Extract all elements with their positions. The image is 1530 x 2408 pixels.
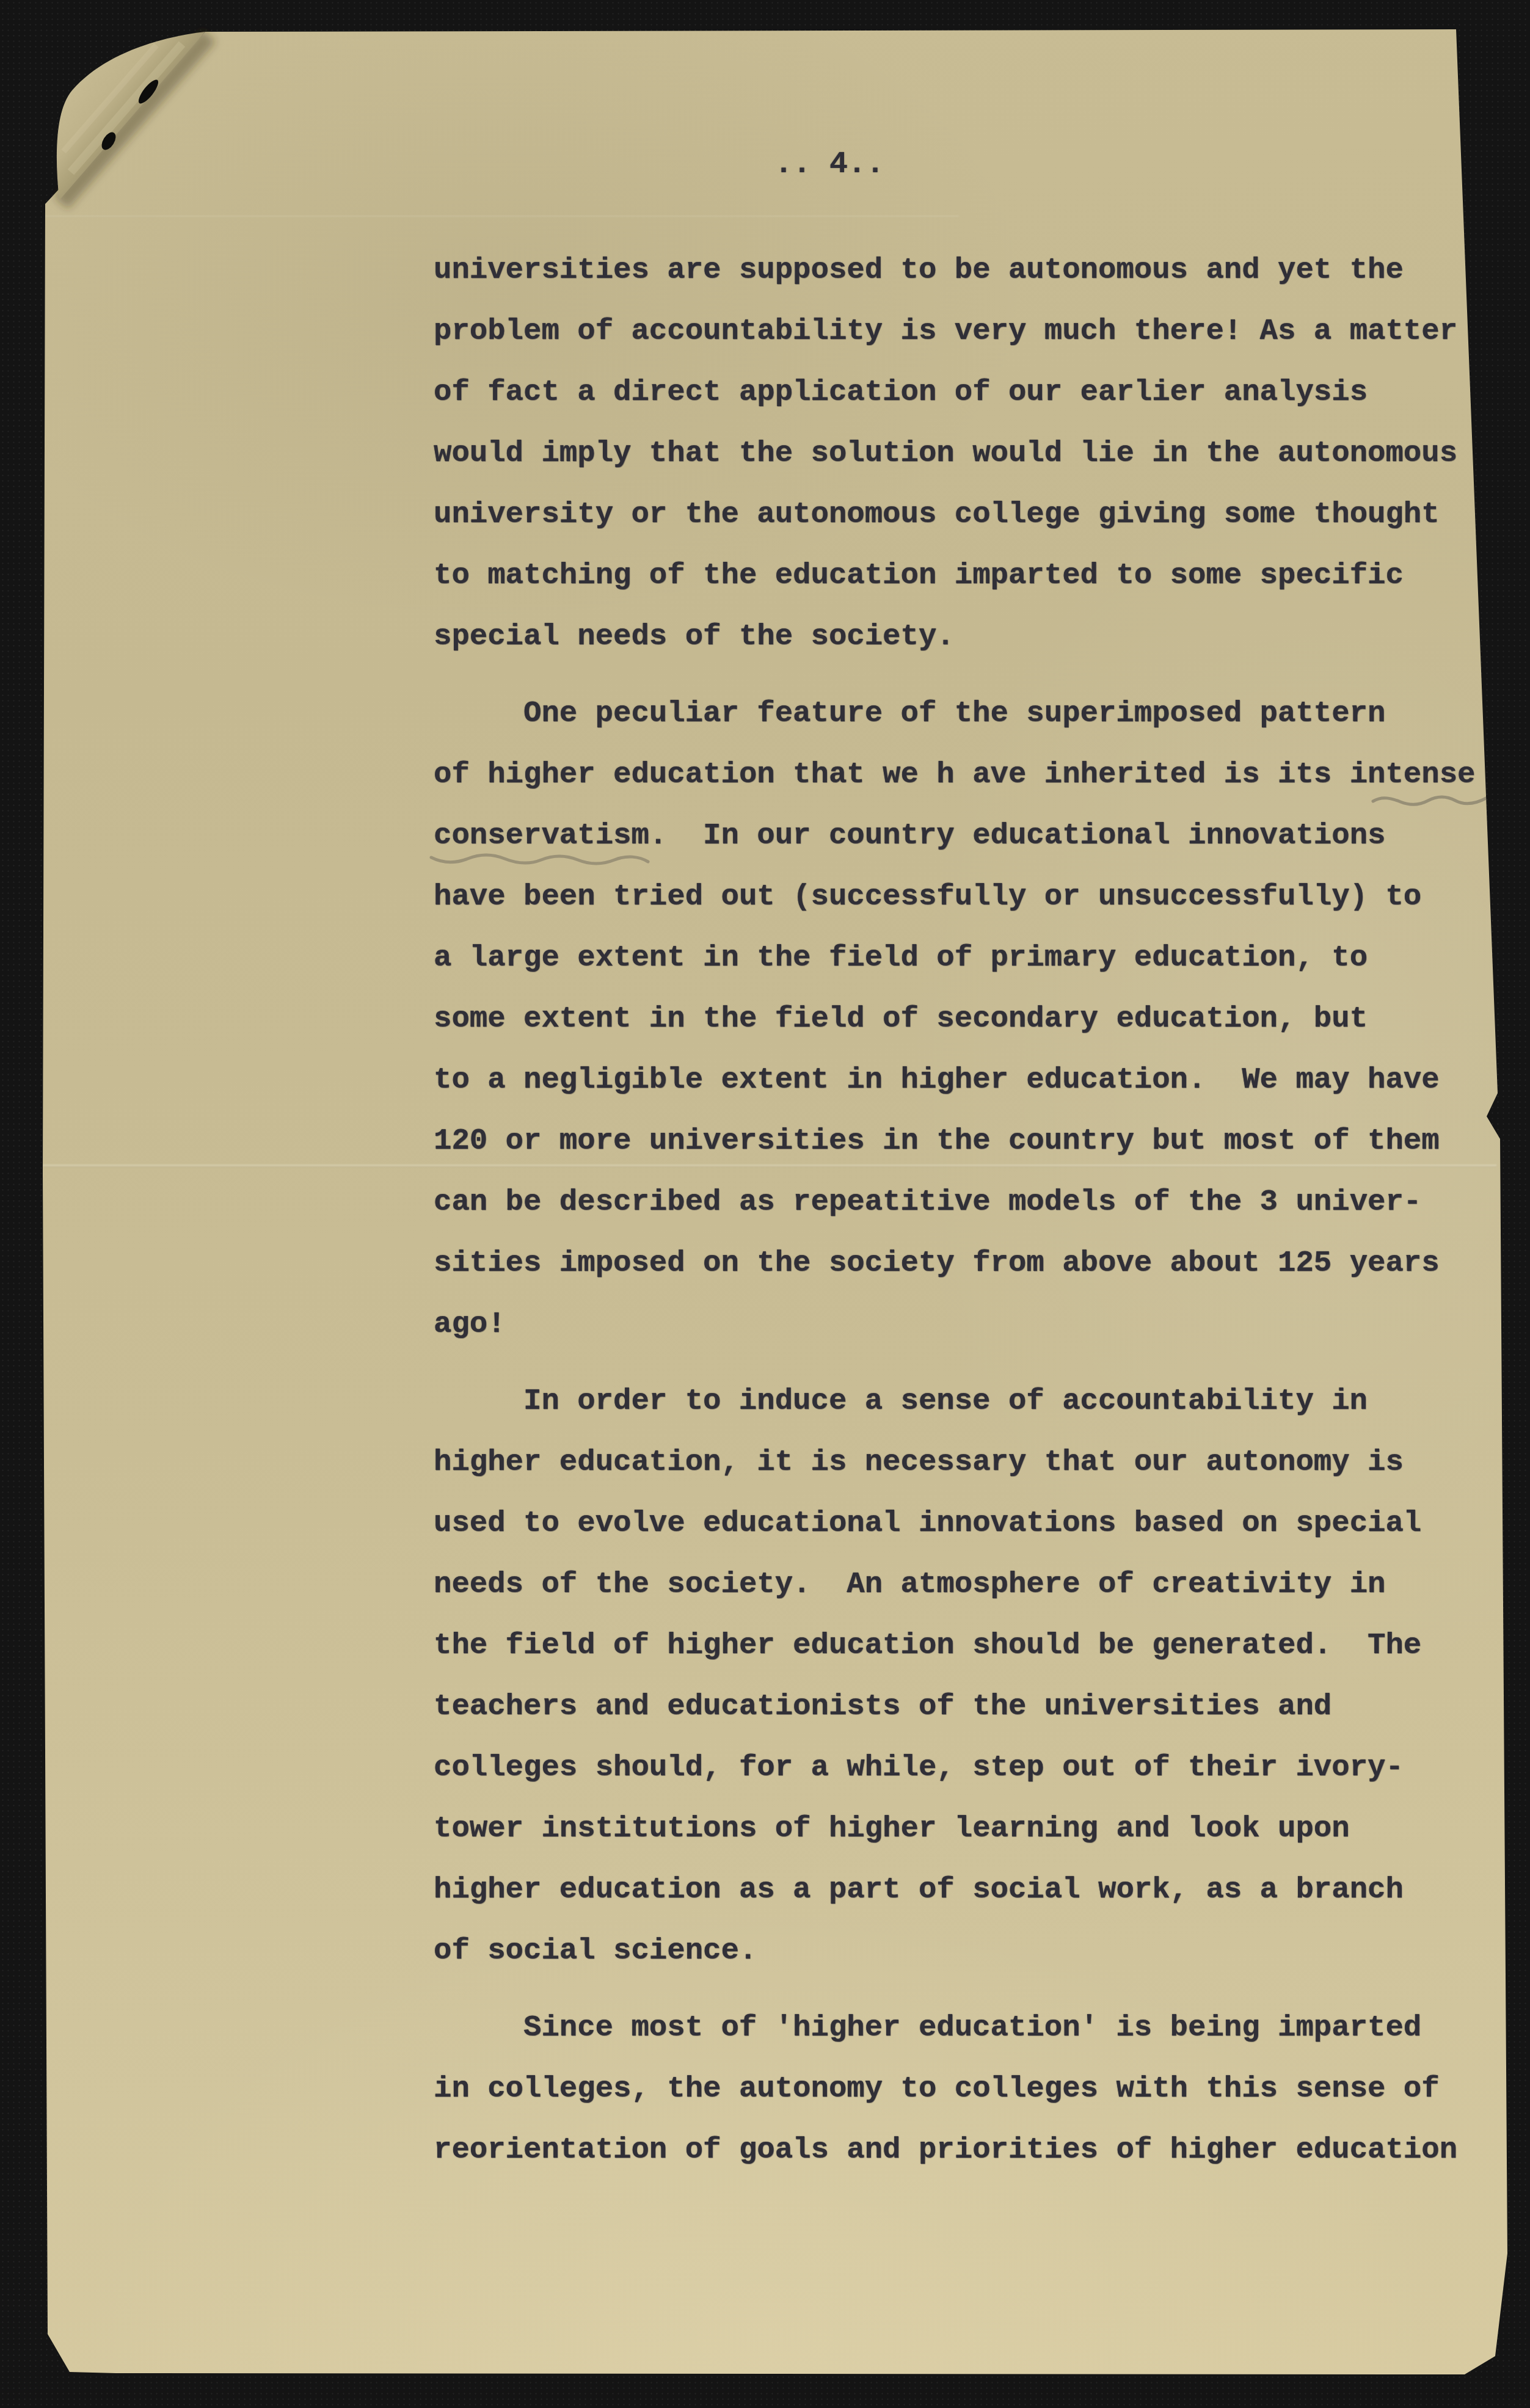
typewritten-line: Since most of 'higher education' is bein… (434, 1997, 1509, 2058)
document-page: .. 4.. universities are supposed to be a… (0, 0, 1530, 2408)
paragraph: In order to induce a sense of accountabi… (434, 1370, 1509, 1981)
typewritten-line: higher education as a part of social wor… (434, 1859, 1509, 1920)
typewritten-line: of social science. (434, 1920, 1509, 1981)
typewritten-line: sities imposed on the society from above… (434, 1232, 1509, 1293)
typewritten-line: reorientation of goals and priorities of… (434, 2119, 1509, 2180)
typewritten-line: 120 or more universities in the country … (434, 1110, 1509, 1171)
typewritten-line: One peculiar feature of the superimposed… (434, 683, 1509, 744)
typewritten-line: higher education, it is necessary that o… (434, 1431, 1509, 1493)
typewritten-line: in colleges, the autonomy to colleges wi… (434, 2058, 1509, 2119)
page-number: .. 4.. (774, 147, 884, 183)
paragraph: Since most of 'higher education' is bein… (434, 1997, 1509, 2180)
typewritten-line: ago! (434, 1293, 1509, 1355)
faint-crease (43, 215, 959, 217)
typewritten-line: teachers and educationists of the univer… (434, 1676, 1509, 1737)
typewritten-line: conservatism. In our country educational… (434, 805, 1509, 866)
typewritten-line: tower institutions of higher learning an… (434, 1798, 1509, 1859)
typewritten-line: special needs of the society. (434, 606, 1509, 667)
typewritten-line: needs of the society. An atmosphere of c… (434, 1554, 1509, 1615)
typewritten-line: would imply that the solution would lie … (434, 423, 1509, 484)
typewritten-line: can be described as repeatitive models o… (434, 1171, 1509, 1232)
typewritten-line: In order to induce a sense of accountabi… (434, 1370, 1509, 1431)
typewritten-line: a large extent in the field of primary e… (434, 927, 1509, 988)
typewritten-line: problem of accountability is very much t… (434, 300, 1509, 362)
typewritten-line: to a negligible extent in higher educati… (434, 1049, 1509, 1110)
typewritten-line: universities are supposed to be autonomo… (434, 239, 1509, 300)
typewritten-line: have been tried out (successfully or uns… (434, 866, 1509, 927)
typewritten-line: of higher education that we h ave inheri… (434, 744, 1509, 805)
typewritten-line: university or the autonomous college giv… (434, 484, 1509, 545)
scanner-background: .. 4.. universities are supposed to be a… (0, 0, 1530, 2408)
typewritten-line: some extent in the field of secondary ed… (434, 988, 1509, 1049)
typewritten-line: of fact a direct application of our earl… (434, 362, 1509, 423)
typewritten-line: used to evolve educational innovations b… (434, 1493, 1509, 1554)
document-body: universities are supposed to be autonomo… (434, 239, 1509, 2180)
typewritten-line: to matching of the education imparted to… (434, 545, 1509, 606)
typewritten-line: the field of higher education should be … (434, 1615, 1509, 1676)
paragraph: universities are supposed to be autonomo… (434, 239, 1509, 667)
typewritten-line: colleges should, for a while, step out o… (434, 1737, 1509, 1798)
paragraph: One peculiar feature of the superimposed… (434, 683, 1509, 1355)
